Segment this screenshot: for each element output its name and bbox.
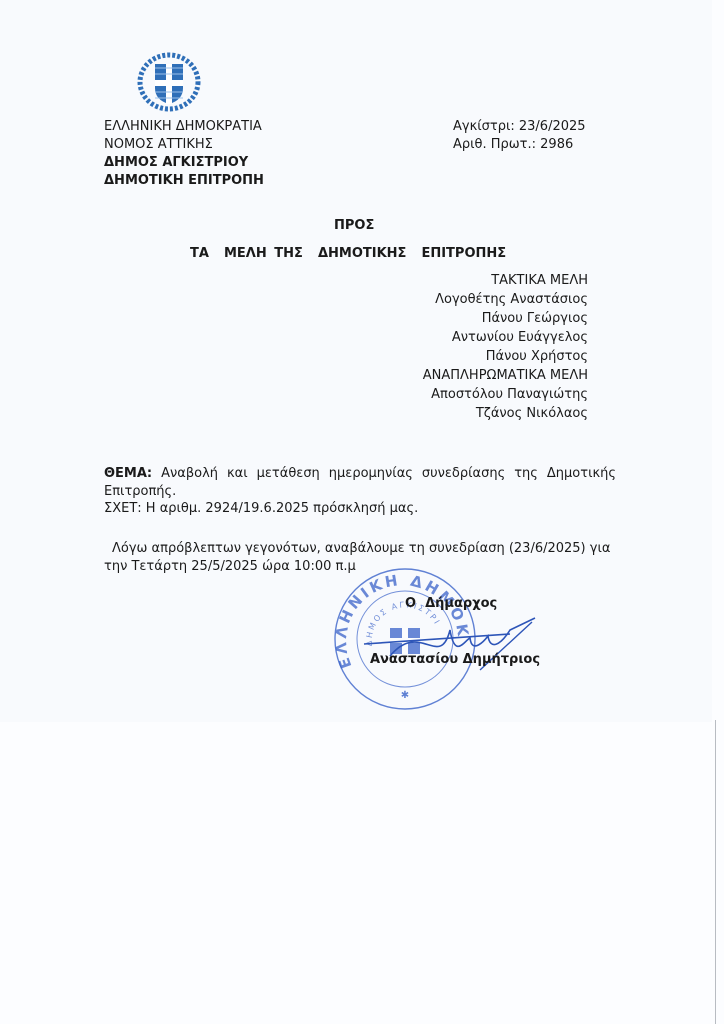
issuer-line: ΔΗΜΟΣ ΑΓΚΙΣΤΡΙΟΥ	[104, 154, 264, 172]
recipients-title: ΤΑ ΜΕΛΗ ΤΗΣ ΔΗΜΟΤΙΚΗΣ ΕΠΙΤΡΟΠΗΣ	[190, 246, 506, 261]
subject-text: Αναβολή και μετάθεση ημερομηνίας συνεδρί…	[104, 466, 616, 499]
issuer-line: ΝΟΜΟΣ ΑΤΤΙΚΗΣ	[104, 136, 264, 154]
to-label: ΠΡΟΣ	[334, 218, 374, 233]
issuer-line: ΕΛΛΗΝΙΚΗ ΔΗΜΟΚΡΑΤΙΑ	[104, 118, 264, 136]
recipient-line: Πάνου Γεώργιος	[423, 309, 588, 328]
page-edge-divider	[715, 720, 716, 1024]
recipient-line: Αντωνίου Ευάγγελος	[423, 328, 588, 347]
svg-text:✱: ✱	[401, 690, 409, 701]
subject-paragraph: ΘΕΜΑ: Αναβολή και μετάθεση ημερομηνίας σ…	[104, 465, 616, 501]
recipient-line: Αποστόλου Παναγιώτης	[423, 385, 588, 404]
issuer-line: ΔΗΜΟΤΙΚΗ ΕΠΙΤΡΟΠΗ	[104, 172, 264, 190]
reference-line: ΣΧΕΤ: Η αριθμ. 2924/19.6.2025 πρόσκλησή …	[104, 501, 418, 516]
recipient-line: Πάνου Χρήστος	[423, 347, 588, 366]
protocol-number: Αριθ. Πρωτ.: 2986	[453, 136, 586, 154]
issuer-block: ΕΛΛΗΝΙΚΗ ΔΗΜΟΚΡΑΤΙΑ ΝΟΜΟΣ ΑΤΤΙΚΗΣ ΔΗΜΟΣ …	[104, 118, 264, 190]
greek-coat-of-arms-icon	[137, 52, 201, 112]
date-protocol-block: Αγκίστρι: 23/6/2025 Αριθ. Πρωτ.: 2986	[453, 118, 586, 154]
handwritten-signature	[360, 600, 540, 690]
recipient-line: ΤΑΚΤΙΚΑ ΜΕΛΗ	[423, 271, 588, 290]
recipients-list: ΤΑΚΤΙΚΑ ΜΕΛΗ Λογοθέτης Αναστάσιος Πάνου …	[423, 271, 588, 423]
place-date: Αγκίστρι: 23/6/2025	[453, 118, 586, 136]
subject-label: ΘΕΜΑ:	[104, 466, 152, 481]
signatory-name: Αναστασίου Δημήτριος	[370, 652, 540, 667]
document-page: ΕΛΛΗΝΙΚΗ ΔΗΜΟΚΡΑΤΙΑ ΝΟΜΟΣ ΑΤΤΙΚΗΣ ΔΗΜΟΣ …	[0, 0, 724, 1024]
recipient-line: Λογοθέτης Αναστάσιος	[423, 290, 588, 309]
recipient-line: ΑΝΑΠΛΗΡΩΜΑΤΙΚΑ ΜΕΛΗ	[423, 366, 588, 385]
recipient-line: Τζάνος Νικόλαος	[423, 404, 588, 423]
